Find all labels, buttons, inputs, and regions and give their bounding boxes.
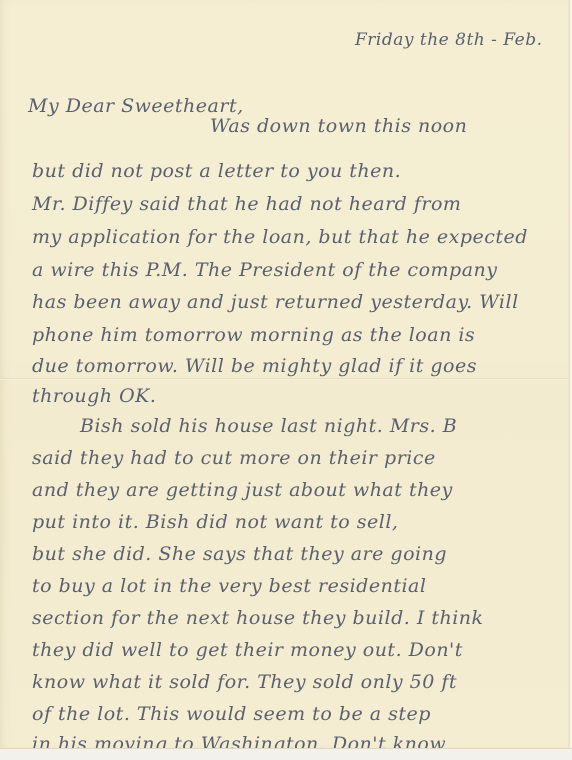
letter-date: Friday the 8th - Feb. xyxy=(355,30,543,50)
letter-line: Was down town this noon xyxy=(210,115,467,137)
letter-line: Mr. Diffey said that he had not heard fr… xyxy=(32,193,461,215)
letter-line: section for the next house they build. I… xyxy=(32,607,484,629)
letter-line: my application for the loan, but that he… xyxy=(32,226,528,248)
paper-bottom-edge xyxy=(0,748,572,760)
letter-line: and they are getting just about what the… xyxy=(32,479,453,501)
letter-paper: Friday the 8th - Feb. My Dear Sweetheart… xyxy=(0,0,570,748)
letter-salutation: My Dear Sweetheart, xyxy=(28,95,244,117)
letter-line: said they had to cut more on their price xyxy=(32,447,436,469)
letter-line: to buy a lot in the very best residentia… xyxy=(32,575,426,597)
letter-line: but did not post a letter to you then. xyxy=(32,160,401,182)
letter-line: Bish sold his house last night. Mrs. B xyxy=(80,415,457,437)
letter-line: but she did. She says that they are goin… xyxy=(32,543,447,565)
letter-line: put into it. Bish did not want to sell, xyxy=(32,511,398,533)
letter-line: know what it sold for. They sold only 50… xyxy=(32,671,457,693)
letter-line: a wire this P.M. The President of the co… xyxy=(32,259,498,281)
letter-line: has been away and just returned yesterda… xyxy=(32,291,519,313)
letter-line: they did well to get their money out. Do… xyxy=(32,639,463,661)
letter-line: through OK. xyxy=(32,385,156,407)
letter-line: due tomorrow. Will be mighty glad if it … xyxy=(32,355,477,377)
letter-line: of the lot. This would seem to be a step xyxy=(32,703,431,725)
paper-fold-line xyxy=(0,378,568,380)
letter-line: phone him tomorrow morning as the loan i… xyxy=(32,324,475,346)
